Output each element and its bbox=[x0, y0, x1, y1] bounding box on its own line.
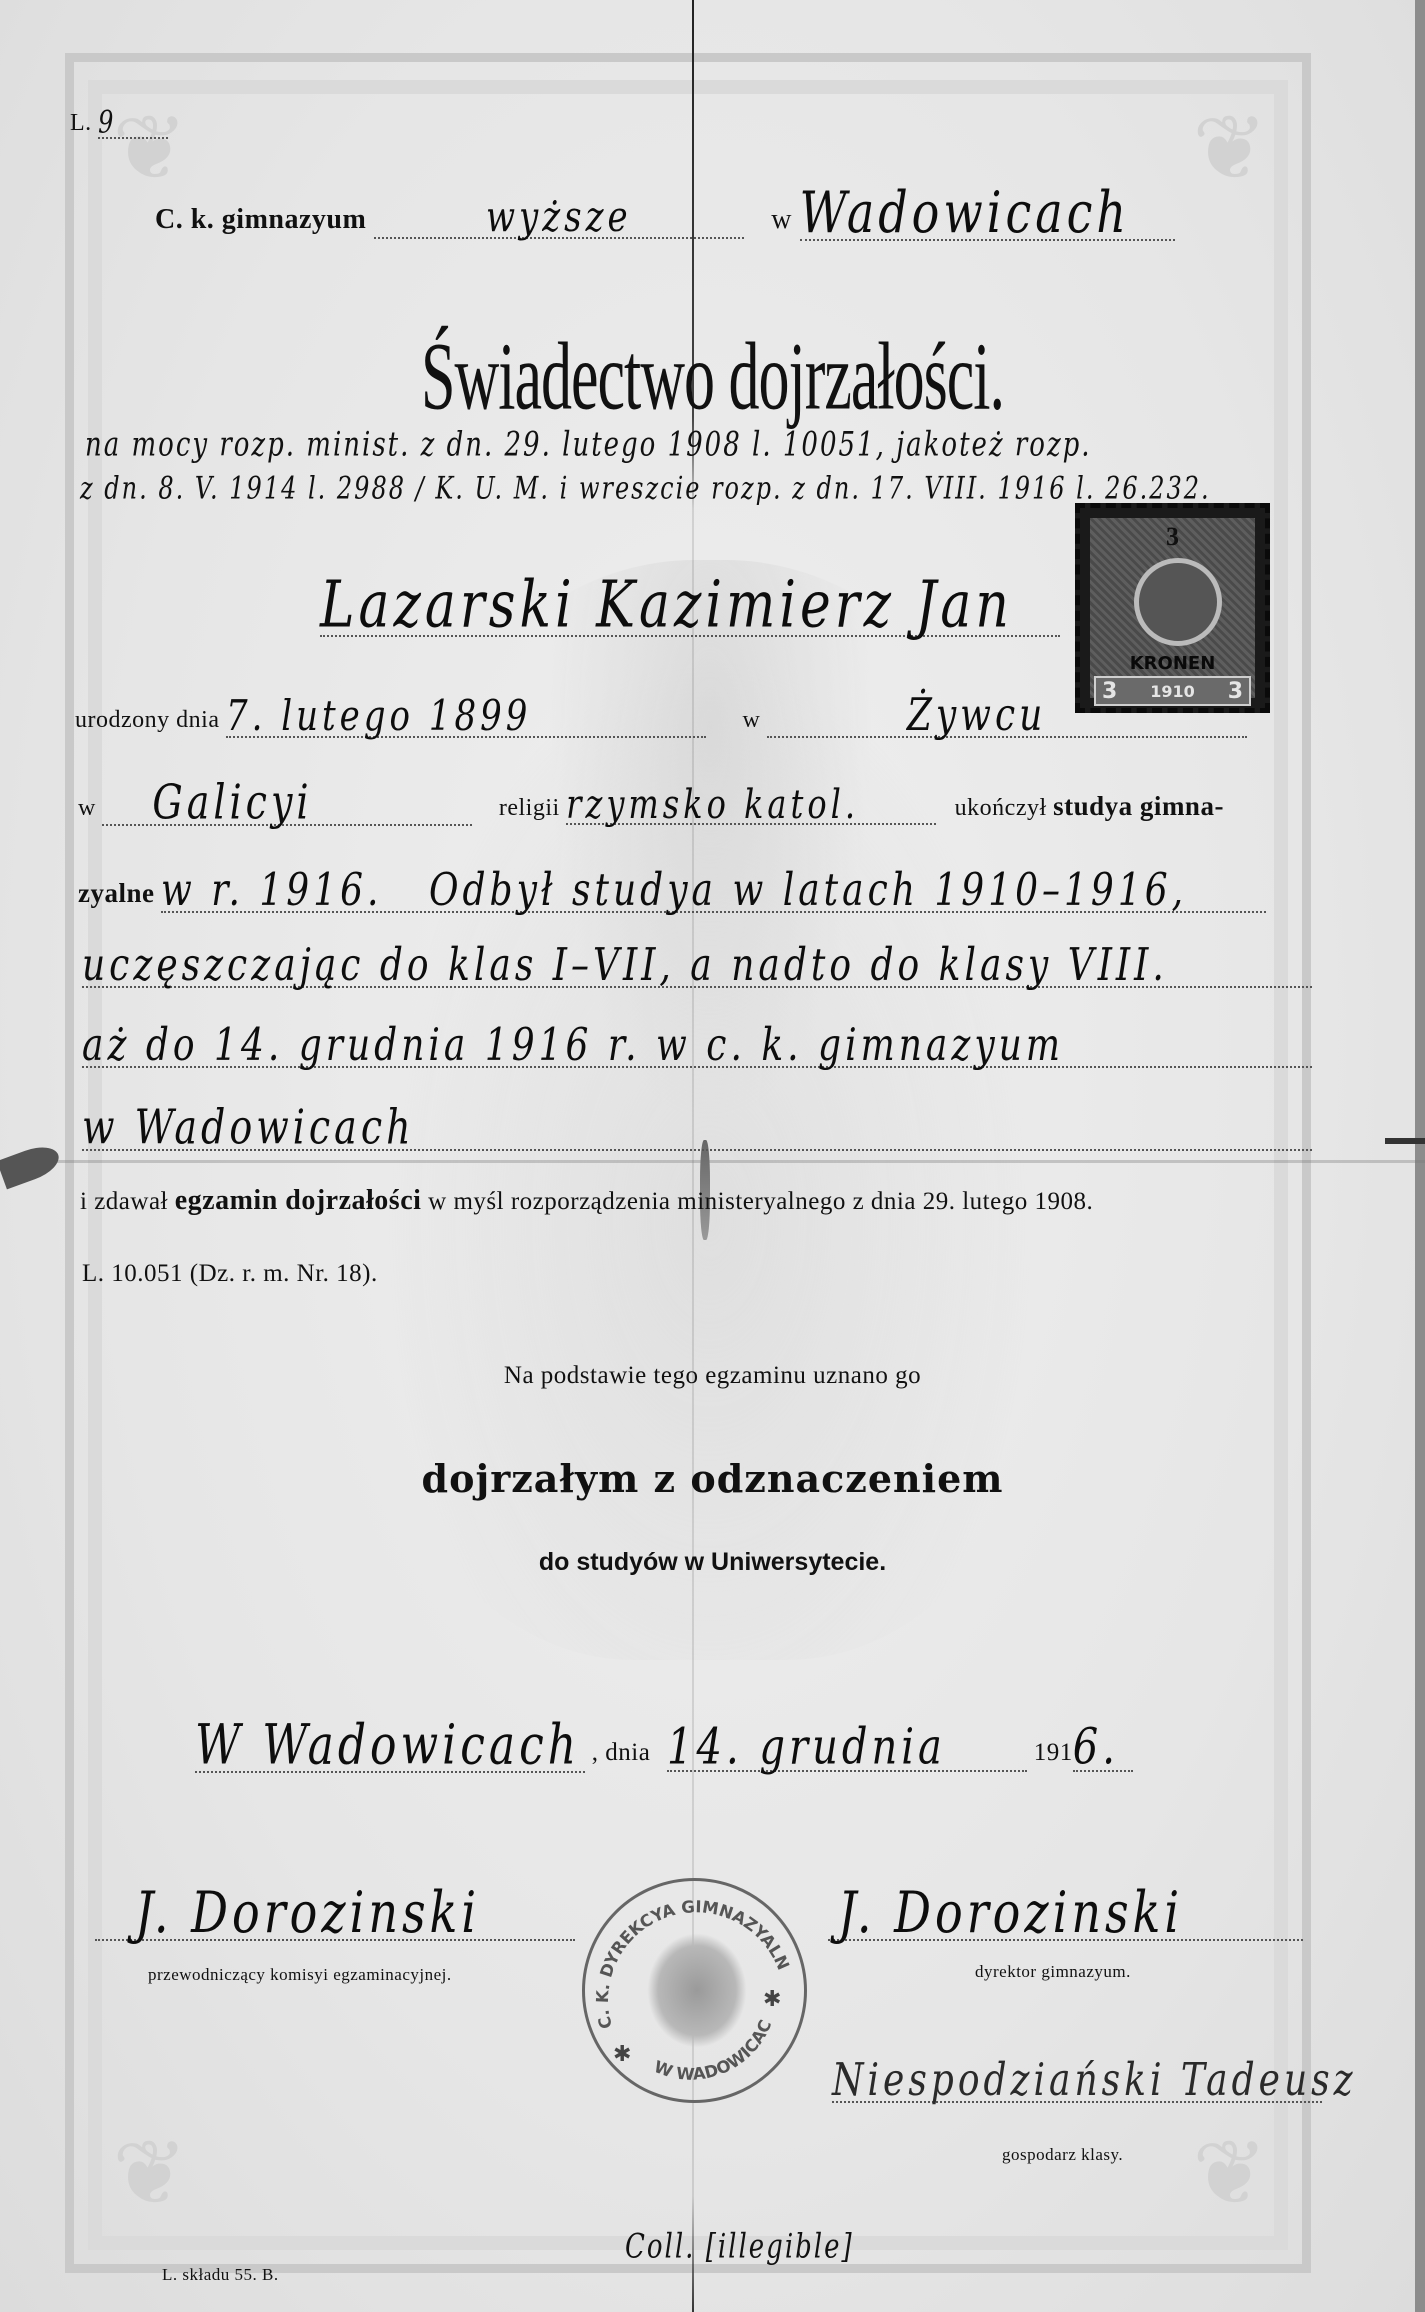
school-type-value: wyższe bbox=[486, 192, 632, 242]
stamp-currency: KRONEN bbox=[1090, 653, 1255, 674]
register-number: L. 9 bbox=[70, 108, 168, 139]
corner-ornament-icon: ❦ bbox=[105, 2120, 195, 2230]
footer-handwritten-note: Coll. [illegible] bbox=[625, 2232, 854, 2262]
stamp-pattern: 3 KRONEN 3 1910 3 bbox=[1090, 518, 1255, 698]
exam-sentence: i zdawał egzamin dojrzałości w myśl rozp… bbox=[80, 1185, 1093, 1217]
exam-pre: i zdawał bbox=[80, 1188, 168, 1215]
studies-detail-1: Odbył studya w latach 1910–1916, bbox=[429, 865, 1187, 916]
date-year-suffix: 6. bbox=[1073, 1718, 1119, 1776]
official-seal: C. K. DYREKCYA GIMNAZYALNA W WADOWICACH … bbox=[582, 1878, 807, 2103]
studies-detail-3: aż do 14. grudnia 1916 r. w c. k. gimnaz… bbox=[82, 1020, 1064, 1071]
studies-field-3: aż do 14. grudnia 1916 r. w c. k. gimnaz… bbox=[82, 1025, 1312, 1068]
seal-star-icon: ✱ bbox=[613, 2041, 631, 2067]
date-field: 14. grudnia bbox=[667, 1724, 1027, 1772]
footer-hand-text: Coll. [illegible] bbox=[625, 2228, 854, 2267]
signature-chairman-name: J. Dorozinski bbox=[135, 1878, 480, 1946]
region-religion-line: w Galicyi religii rzymsko katol. ukończy… bbox=[78, 780, 1224, 826]
signature-director-field: J. Dorozinski bbox=[828, 1885, 1303, 1941]
signature-director: J. Dorozinski bbox=[828, 1885, 1303, 1941]
stamp-value-top: 3 bbox=[1090, 522, 1255, 552]
studies-field-1: w r. 1916. Odbył studya w latach 1910–19… bbox=[161, 870, 1266, 913]
register-field: 9 bbox=[98, 108, 168, 139]
date-year-field: 6. bbox=[1073, 1724, 1133, 1772]
studies-label-2: zyalne bbox=[78, 878, 155, 908]
studies-detail-2: uczęszczając do klas I–VII, a nadto do k… bbox=[82, 940, 1168, 991]
date-year-prefix: 191 bbox=[1034, 1739, 1073, 1766]
studies-line-1: zyalne w r. 1916. Odbył studya w latach … bbox=[78, 870, 1266, 913]
double-headed-eagle-icon bbox=[647, 1933, 747, 2048]
born-date: 7. lutego 1899 bbox=[226, 691, 531, 741]
studies-line-2: uczęszczając do klas I–VII, a nadto do k… bbox=[82, 945, 1312, 988]
religion-value: rzymsko katol. bbox=[566, 780, 859, 828]
school-city-value: Wadowicach bbox=[800, 178, 1131, 246]
signature-director-role: dyrektor gimnazyum. bbox=[975, 1962, 1131, 1982]
signature-chairman-role: przewodniczący komisyi egzaminacyjnej. bbox=[148, 1965, 452, 1985]
completed-label: ukończył bbox=[955, 795, 1047, 821]
legal-basis-line-2: z dn. 8. V. 1914 l. 2988 / K. U. M. i wr… bbox=[80, 474, 1211, 503]
religion-field: rzymsko katol. bbox=[566, 785, 936, 825]
school-type-field: wyższe bbox=[374, 197, 744, 239]
signature-class-teacher-role: gospodarz klasy. bbox=[1002, 2145, 1123, 2165]
studies-year: w r. 1916. bbox=[161, 865, 382, 916]
region-field: Galicyi bbox=[102, 780, 472, 826]
studies-label-1: studya gimna- bbox=[1053, 791, 1224, 821]
emperor-portrait-icon bbox=[1134, 558, 1222, 646]
exam-reference: L. 10.051 (Dz. r. m. Nr. 18). bbox=[82, 1260, 378, 1288]
footer-reference: L. składu 55. B. bbox=[162, 2265, 279, 2285]
result-intro: Na podstawie tego egzaminu uznano go bbox=[0, 1362, 1425, 1390]
date-day: 14. grudnia bbox=[667, 1718, 946, 1776]
seal-star-icon: ✱ bbox=[763, 1986, 781, 2012]
date-label: , dnia bbox=[592, 1739, 651, 1766]
religion-label: religii bbox=[499, 795, 560, 821]
school-city-prefix: w bbox=[771, 204, 792, 235]
place-value: W Wadowicach bbox=[195, 1714, 580, 1778]
born-place-prefix: w bbox=[742, 707, 760, 733]
signature-class-teacher-field: Niespodziański Tadeusz bbox=[832, 2060, 1322, 2103]
place-field: W Wadowicach bbox=[195, 1720, 585, 1773]
region-prefix: w bbox=[78, 795, 96, 821]
student-name: Lazarski Kazimierz Jan bbox=[320, 568, 1013, 643]
register-label: L. bbox=[70, 110, 92, 136]
studies-field-2: uczęszczając do klas I–VII, a nadto do k… bbox=[82, 945, 1312, 988]
born-place-field: Żywcu bbox=[767, 695, 1247, 738]
studies-field-4: w Wadowicach bbox=[82, 1105, 1312, 1151]
register-value: 9 bbox=[98, 104, 115, 140]
studies-line-4: w Wadowicach bbox=[82, 1105, 1312, 1151]
right-edge-tear bbox=[1385, 1138, 1425, 1144]
region-value: Galicyi bbox=[152, 775, 312, 830]
student-name-field: Lazarski Kazimierz Jan bbox=[320, 575, 1060, 637]
student-name-line: Lazarski Kazimierz Jan bbox=[320, 575, 1060, 637]
signature-director-name: J. Dorozinski bbox=[838, 1878, 1183, 1946]
born-date-field: 7. lutego 1899 bbox=[226, 696, 706, 738]
exam-post: w myśl rozporządzenia ministeryalnego z … bbox=[428, 1188, 1093, 1215]
born-place: Żywcu bbox=[907, 690, 1047, 741]
school-label: C. k. gimnazyum bbox=[155, 204, 366, 235]
revenue-stamp: 3 KRONEN 3 1910 3 bbox=[1075, 503, 1270, 713]
signature-chairman: J. Dorozinski bbox=[95, 1885, 575, 1941]
horizontal-fold-line bbox=[0, 1160, 1425, 1163]
signature-chairman-field: J. Dorozinski bbox=[95, 1885, 575, 1941]
school-city-field: Wadowicach bbox=[800, 185, 1175, 241]
signature-class-teacher-name: Niespodziański Tadeusz bbox=[832, 2055, 1357, 2106]
corner-ornament-icon: ❦ bbox=[1185, 2120, 1275, 2230]
studies-line-3: aż do 14. grudnia 1916 r. w c. k. gimnaz… bbox=[82, 1025, 1312, 1068]
exam-bold: egzamin dojrzałości bbox=[175, 1185, 422, 1216]
school-line: C. k. gimnazyum wyższe w Wadowicach bbox=[155, 185, 1175, 241]
document-title: Świadectwo dojrzałości. bbox=[0, 323, 1425, 433]
legal-basis-text-1: na mocy rozp. minist. z dn. 29. lutego 1… bbox=[85, 426, 1092, 465]
place-date-line: W Wadowicach , dnia 14. grudnia 1916. bbox=[195, 1720, 1133, 1773]
signature-class-teacher: Niespodziański Tadeusz bbox=[832, 2060, 1322, 2103]
born-label: urodzony dnia bbox=[75, 707, 219, 733]
corner-ornament-icon: ❦ bbox=[1185, 95, 1275, 205]
legal-basis-line-1: na mocy rozp. minist. z dn. 29. lutego 1… bbox=[85, 430, 1092, 460]
studies-detail-4: w Wadowicach bbox=[82, 1100, 415, 1155]
legal-basis-text-2: z dn. 8. V. 1914 l. 2988 / K. U. M. i wr… bbox=[80, 470, 1211, 506]
result-grade: dojrzałym z odznaczeniem bbox=[0, 1456, 1425, 1501]
birth-line: urodzony dnia 7. lutego 1899 w Żywcu bbox=[75, 695, 1247, 738]
result-outro: do studyów w Uniwersytecie. bbox=[0, 1548, 1425, 1577]
